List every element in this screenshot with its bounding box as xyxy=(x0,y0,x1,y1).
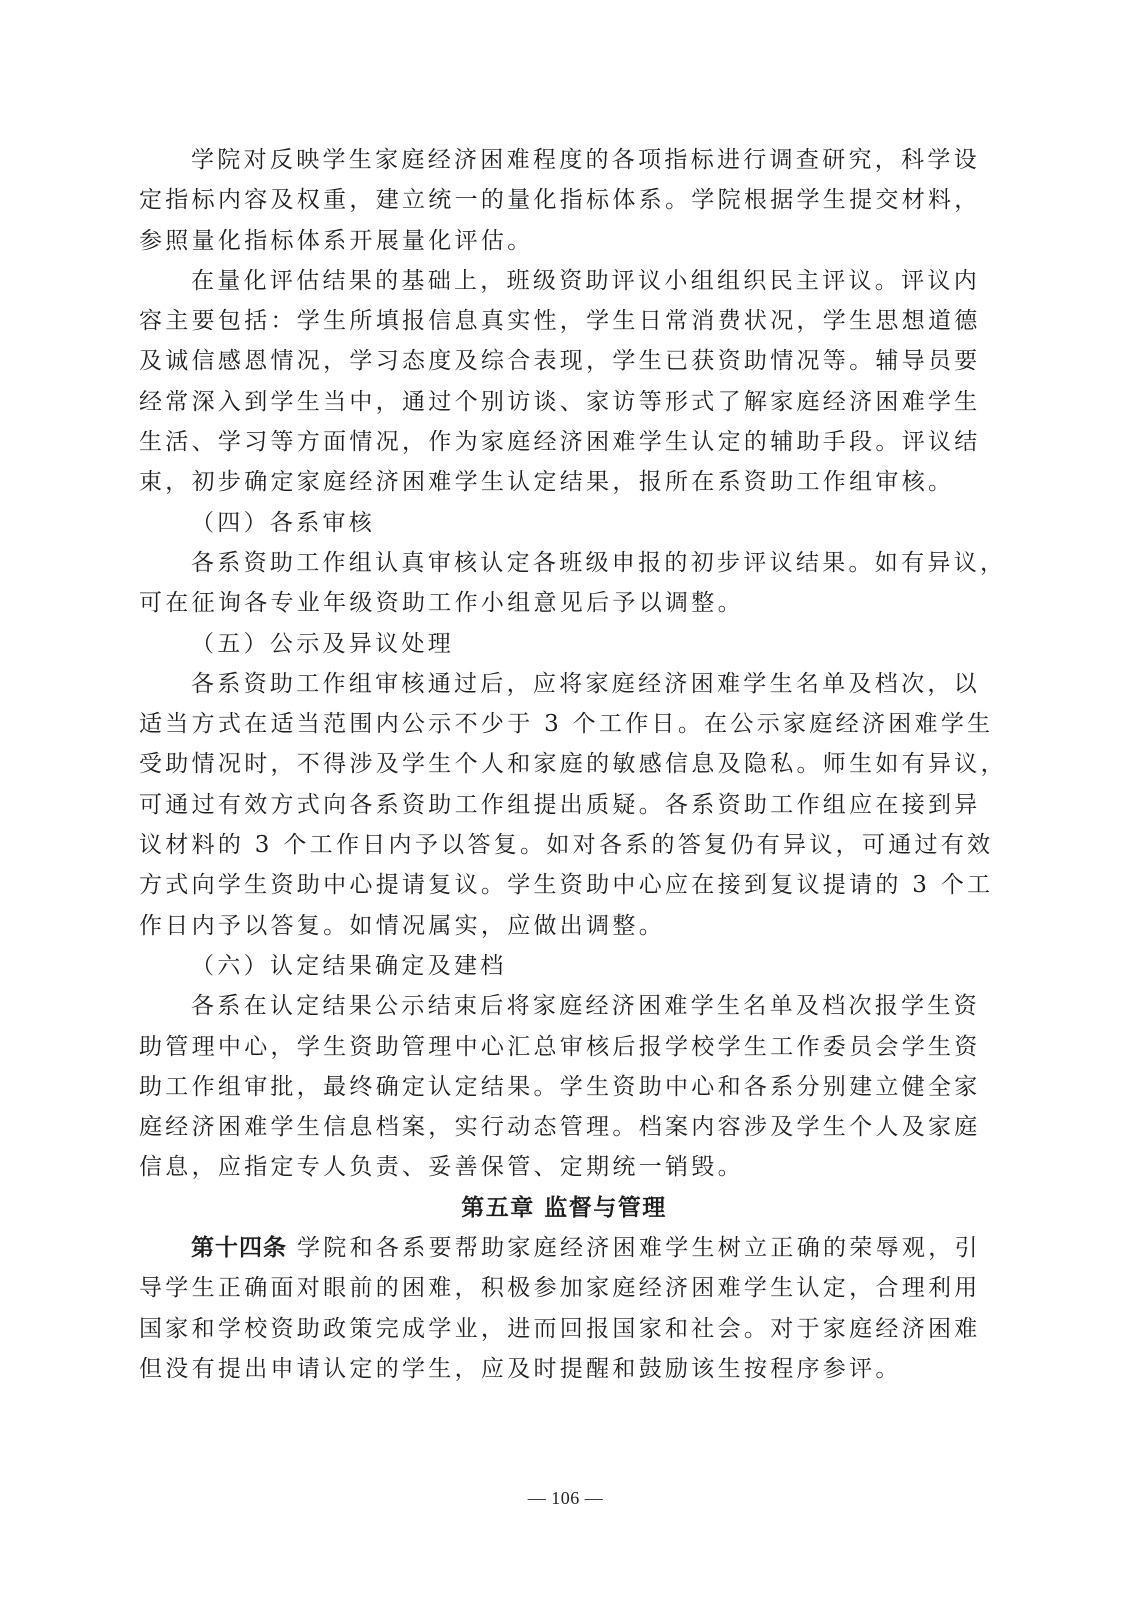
paragraph-line: 各系在认定结果公示结束后将家庭经济困难学生名单及档次报学生资 xyxy=(139,986,969,1026)
article-line: 第十四条学院和各系要帮助家庭经济困难学生树立正确的荣辱观，引 xyxy=(139,1228,969,1268)
section-heading-department-review: （四）各系审核 xyxy=(139,503,969,543)
paragraph-line: 及诚信感恩情况，学习态度及综合表现，学生已获资助情况等。辅导员要 xyxy=(139,341,969,381)
article-text: 学院和各系要帮助家庭经济困难学生树立正确的荣辱观，引 xyxy=(297,1235,981,1261)
article-label: 第十四条 xyxy=(191,1235,287,1261)
paragraph-line: 助管理中心，学生资助管理中心汇总审核后报学校学生工作委员会学生资 xyxy=(139,1027,969,1067)
paragraph-line: 在量化评估结果的基础上，班级资助评议小组组织民主评议。评议内 xyxy=(139,261,969,301)
paragraph-line: 参照量化指标体系开展量化评估。 xyxy=(139,221,969,261)
paragraph-line: 容主要包括：学生所填报信息真实性，学生日常消费状况，学生思想道德 xyxy=(139,301,969,341)
page-number: — 106 — xyxy=(0,1488,1131,1509)
paragraph-line: 经常深入到学生当中，通过个别访谈、家访等形式了解家庭经济困难学生 xyxy=(139,382,969,422)
document-body: 学院对反映学生家庭经济困难程度的各项指标进行调查研究，科学设 定指标内容及权重，… xyxy=(139,140,969,1389)
paragraph-line: 信息，应指定专人负责、妥善保管、定期统一销毁。 xyxy=(139,1147,969,1187)
paragraph-line: 生活、学习等方面情况，作为家庭经济困难学生认定的辅助手段。评议结 xyxy=(139,422,969,462)
paragraph-line: 各系资助工作组审核通过后，应将家庭经济困难学生名单及档次，以 xyxy=(139,664,969,704)
paragraph-line: 定指标内容及权重，建立统一的量化指标体系。学院根据学生提交材料， xyxy=(139,180,969,220)
paragraph-line: 庭经济困难学生信息档案，实行动态管理。档案内容涉及学生个人及家庭 xyxy=(139,1107,969,1147)
paragraph-line: 适当方式在适当范围内公示不少于 3 个工作日。在公示家庭经济困难学生 xyxy=(139,704,969,744)
paragraph-line: 作日内予以答复。如情况属实，应做出调整。 xyxy=(139,906,969,946)
paragraph-line: 议材料的 3 个工作日内予以答复。如对各系的答复仍有异议，可通过有效 xyxy=(139,825,969,865)
paragraph-line: 但没有提出申请认定的学生，应及时提醒和鼓励该生按程序参评。 xyxy=(139,1349,969,1389)
paragraph-line: 助工作组审批，最终确定认定结果。学生资助中心和各系分别建立健全家 xyxy=(139,1067,969,1107)
paragraph-line: 束，初步确定家庭经济困难学生认定结果，报所在系资助工作组审核。 xyxy=(139,462,969,502)
paragraph-line: 国家和学校资助政策完成学业，进而回报国家和社会。对于家庭经济困难 xyxy=(139,1309,969,1349)
paragraph-line: 方式向学生资助中心提请复议。学生资助中心应在接到复议提请的 3 个工 xyxy=(139,865,969,905)
paragraph-line: 导学生正确面对眼前的困难，积极参加家庭经济困难学生认定，合理利用 xyxy=(139,1268,969,1308)
paragraph-line: 可通过有效方式向各系资助工作组提出质疑。各系资助工作组应在接到异 xyxy=(139,785,969,825)
paragraph-line: 各系资助工作组认真审核认定各班级申报的初步评议结果。如有异议， xyxy=(139,543,969,583)
section-heading-publicity-objection: （五）公示及异议处理 xyxy=(139,624,969,664)
paragraph-line: 可在征询各专业年级资助工作小组意见后予以调整。 xyxy=(139,583,969,623)
paragraph-line: 学院对反映学生家庭经济困难程度的各项指标进行调查研究，科学设 xyxy=(139,140,969,180)
section-heading-result-archive: （六）认定结果确定及建档 xyxy=(139,946,969,986)
document-page: 学院对反映学生家庭经济困难程度的各项指标进行调查研究，科学设 定指标内容及权重，… xyxy=(0,0,1131,1600)
paragraph-line: 受助情况时，不得涉及学生个人和家庭的敏感信息及隐私。师生如有异议， xyxy=(139,744,969,784)
chapter-title: 第五章 监督与管理 xyxy=(139,1188,969,1228)
